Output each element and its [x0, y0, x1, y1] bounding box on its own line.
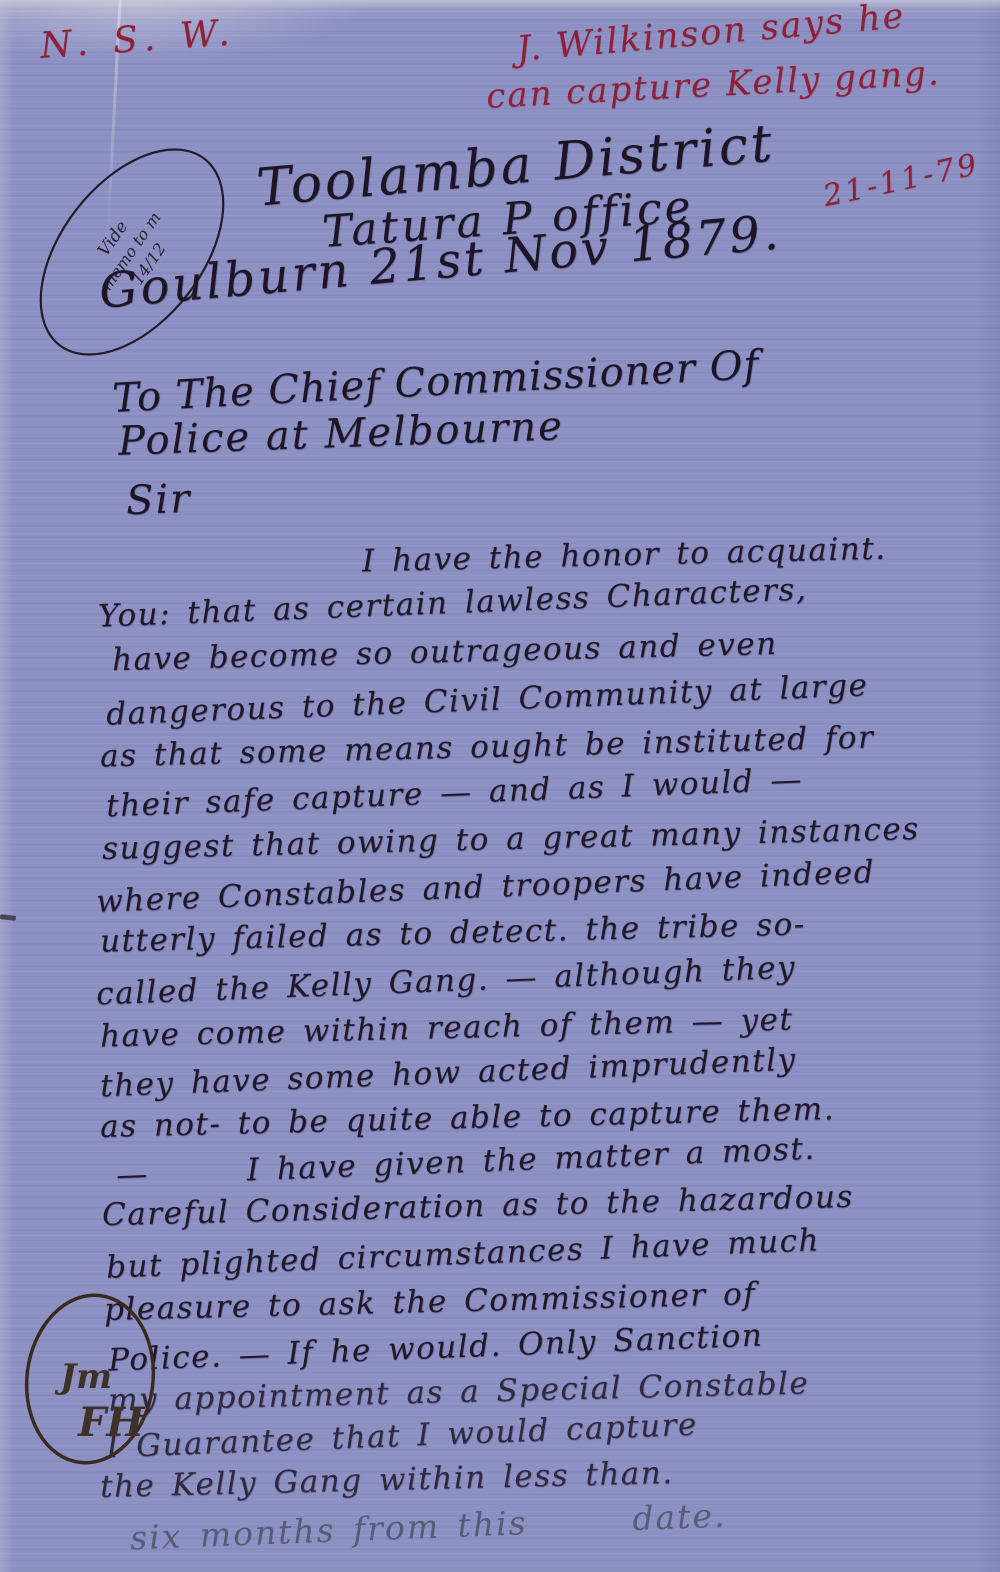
paper-tear-mark — [0, 914, 16, 921]
body-line: have become so outrageous and even — [112, 629, 778, 676]
body-line: the Kelly Gang within less than. — [100, 1458, 674, 1503]
body-line: six months from this date. — [130, 1499, 727, 1555]
body-line: their safe capture — and as I would — — [106, 765, 804, 823]
oval-registry-note: Vide memo to m 14/12 — [20, 126, 244, 378]
salutation: Sir — [125, 479, 192, 521]
registry-date-annotation: 21-11-79 — [821, 150, 983, 212]
body-line: but plighted circumstances I have much — [106, 1225, 821, 1283]
body-line: I Guarantee that I would capture — [106, 1410, 699, 1464]
body-line: called the Kelly Gang. — although they — [96, 953, 797, 1011]
letter-page: N. S. W. J. Wilkinson says he can captur… — [0, 0, 1000, 1572]
initials-line1: Jm — [54, 1357, 112, 1397]
body-line: my appointment as a Special Constable — [108, 1368, 810, 1416]
body-line: I have the honor to acquaint. — [362, 534, 887, 578]
body-line: utterly failed as to detect. the tribe s… — [100, 909, 806, 957]
initials-line2: FH — [77, 1399, 145, 1446]
body-line: pleasure to ask the Commissioner of — [104, 1279, 757, 1326]
circled-initials-note: Jm FH — [12, 1286, 168, 1476]
body-line: You: that as certain lawless Characters, — [98, 574, 808, 632]
nsw-annotation: N. S. W. — [39, 15, 238, 65]
